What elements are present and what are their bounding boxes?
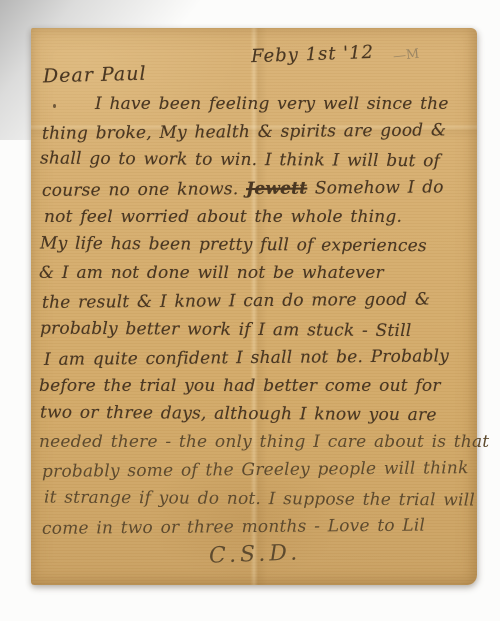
letter-line: shall go to work to win. I think I will …	[40, 145, 471, 176]
letter-line: needed there - the only thing I care abo…	[39, 428, 471, 456]
letter-line: two or three days, although I know you a…	[40, 399, 471, 430]
letter-line: I have been feeling very well since the	[39, 90, 471, 118]
letter-line: not feel worried about the whole thing.	[44, 203, 471, 231]
letter-line: the result & I know I can do more good &	[42, 285, 471, 317]
letter-line: course no one knows. Jewett Somehow I do	[42, 173, 471, 205]
letter-line: I am quite confident I shall not be. Pro…	[44, 342, 471, 374]
letter-line: it strange if you do not. I suppose the …	[44, 483, 471, 514]
letter-line: My life has been pretty full of experien…	[40, 229, 471, 260]
letter-line: come in two or three months - Love to Li…	[42, 511, 471, 543]
strikethrough-word: Jewett	[246, 178, 307, 199]
letter-paper: Feby 1st '12 —M Dear Paul I have been fe…	[31, 28, 477, 585]
letter-line: probably better work if I am stuck - Sti…	[40, 314, 471, 345]
letter-line: thing broke, My health & spirits are goo…	[42, 116, 471, 148]
salutation: Dear Paul	[43, 63, 147, 88]
letter-line: & I am not done will not be whatever	[39, 259, 471, 287]
scanned-letter-page: { "letter": { "date": "Feby 1st '12", "p…	[0, 0, 500, 621]
letter-line: probably some of the Greeley people will…	[42, 455, 471, 487]
signature: C.S.D.	[209, 540, 302, 568]
letter-body: I have been feeling very well since thet…	[39, 90, 471, 541]
letter-date: Feby 1st '12	[251, 42, 375, 67]
letter-line-text: course no one knows.	[42, 179, 246, 201]
letter-line-text: Somehow I do	[307, 177, 444, 198]
pencil-mark: —M	[392, 47, 420, 65]
letter-line: before the trial you had better come out…	[39, 372, 471, 400]
